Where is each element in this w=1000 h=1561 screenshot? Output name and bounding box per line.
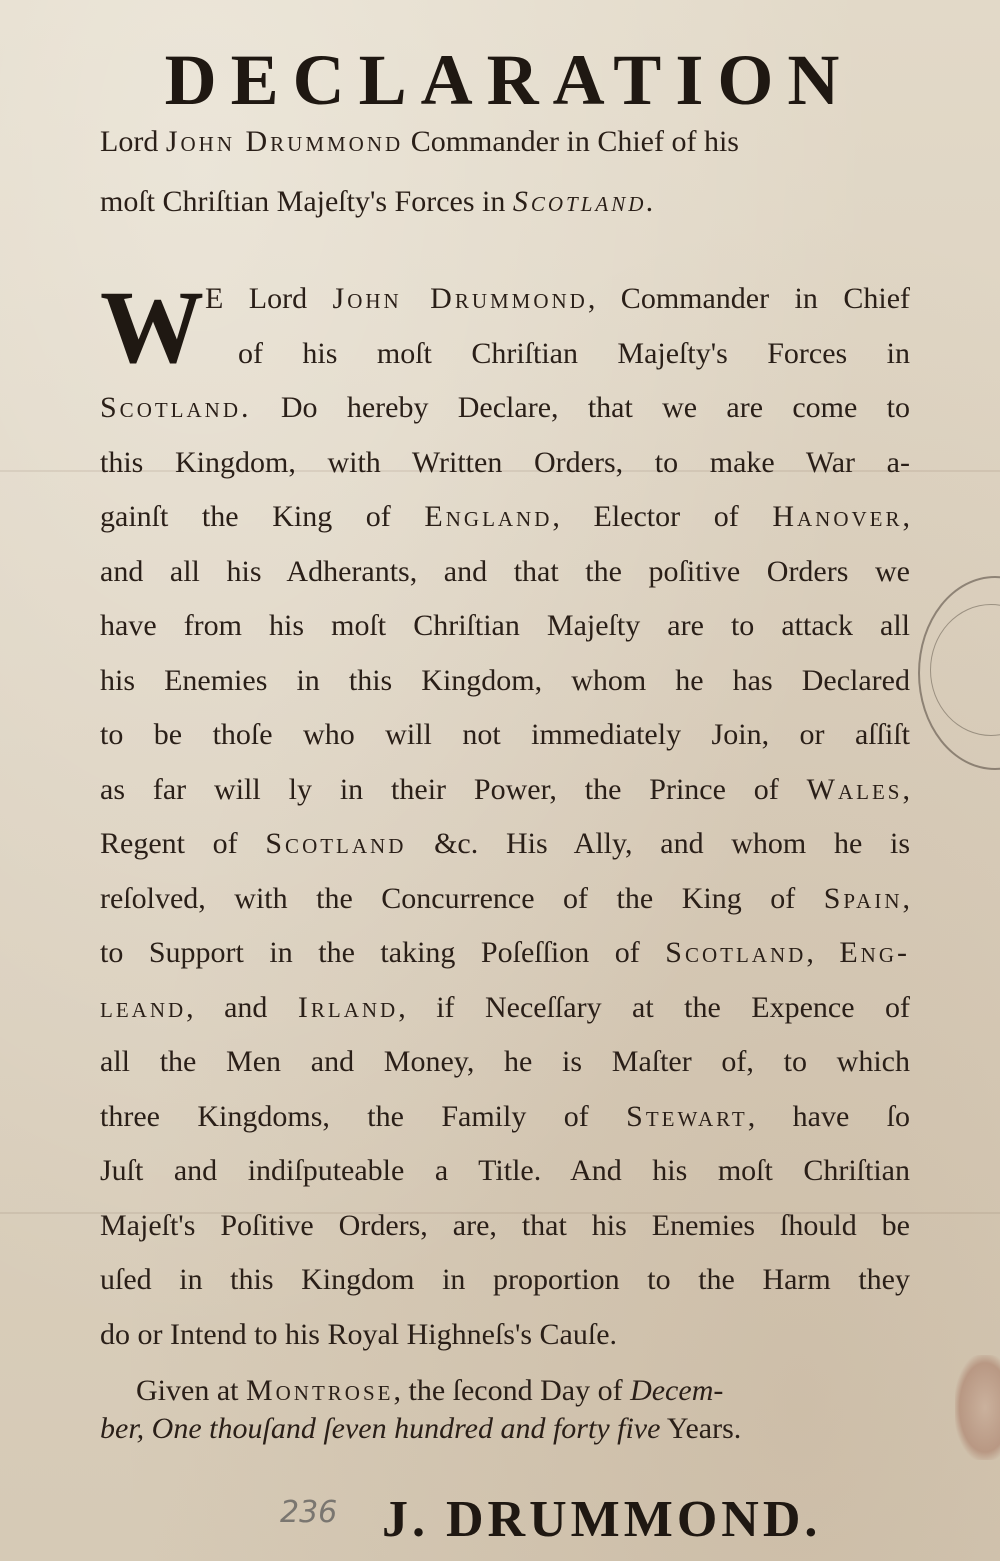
declaration-body: E Lord John Drummond, Commander in Chief… (100, 272, 910, 1362)
body-text: , if Neceſſary at the Expence of (398, 991, 910, 1024)
given-date: ber, One thouſand ſeven hundred and fort… (100, 1412, 660, 1445)
body-line: to be thoſe who will not immediately Joi… (100, 708, 910, 763)
body-text: all the Men and Money, he is Maſter of, … (100, 1045, 910, 1078)
proper-noun: England (424, 500, 552, 533)
proper-noun: Stewart (626, 1100, 748, 1133)
body-line: all the Men and Money, he is Maſter of, … (100, 1035, 910, 1090)
body-text: &c. His Ally, and whom he is (406, 827, 910, 860)
body-text: , (903, 500, 911, 533)
body-line: to Support in the taking Poſeſſion of Sc… (100, 926, 910, 981)
proper-noun: Scotland (665, 936, 806, 969)
body-line: three Kingdoms, the Family of Stewart, h… (100, 1090, 910, 1145)
given-at-block: Given at Montrose, the ſecond Day of Dec… (100, 1372, 900, 1448)
body-text: and all his Adherants, and that the poſi… (100, 555, 910, 588)
body-text: E Lord (205, 282, 333, 315)
body-line: leand, and Irland, if Neceſſary at the E… (100, 981, 910, 1036)
body-text: uſed in this Kingdom in proportion to th… (100, 1263, 910, 1296)
document-title: DECLARATION (104, 40, 914, 120)
body-text: three Kingdoms, the Family of (100, 1100, 626, 1133)
body-text: Regent of (100, 827, 265, 860)
proper-noun: Wales (807, 773, 903, 806)
body-text: , Commander in Chief (588, 282, 910, 315)
proper-noun: Spain (824, 882, 903, 915)
body-text: have from his moſt Chriſtian Majeſty are… (100, 609, 910, 642)
proper-noun: Hanover (772, 500, 902, 533)
body-line: Juſt and indiſputeable a Title. And his … (100, 1144, 910, 1199)
body-line: this Kingdom, with Written Orders, to ma… (100, 436, 910, 491)
body-line: have from his moſt Chriſtian Majeſty are… (100, 599, 910, 654)
body-line: Majeſt's Poſitive Orders, are, that his … (100, 1199, 910, 1254)
body-text: Juſt and indiſputeable a Title. And his … (100, 1154, 910, 1187)
proper-noun: John Drummond (333, 282, 588, 315)
paper-stain (955, 1355, 1000, 1460)
subtitle-name: John Drummond (166, 125, 403, 158)
given-place: Montrose (246, 1374, 394, 1407)
body-text: , and (186, 991, 298, 1024)
body-line: as far will ly in their Power, the Princ… (100, 763, 910, 818)
body-text: as far will ly in their Power, the Princ… (100, 773, 807, 806)
given-text: Years. (660, 1412, 741, 1445)
body-line: and all his Adherants, and that the poſi… (100, 545, 910, 600)
body-line: of his moſt Chriſtian Majeſty's Forces i… (100, 327, 910, 382)
proper-noun: Irland (298, 991, 398, 1024)
body-line: do or Intend to his Royal Highneſs's Cau… (100, 1308, 910, 1363)
body-text: , (806, 936, 839, 969)
subtitle-line-2: moſt Chriſtian Majeſty's Forces in Scotl… (100, 172, 915, 232)
subtitle-text: Commander in Chief of his (403, 125, 739, 158)
proper-noun: Eng- (839, 936, 910, 969)
body-text: Majeſt's Poſitive Orders, are, that his … (100, 1209, 910, 1242)
body-line: uſed in this Kingdom in proportion to th… (100, 1253, 910, 1308)
signature: J. DRUMMOND. (382, 1490, 821, 1549)
body-text: do or Intend to his Royal Highneſs's Cau… (100, 1318, 617, 1351)
given-line-1: Given at Montrose, the ſecond Day of Dec… (100, 1372, 900, 1410)
body-text: reſolved, with the Concurrence of the Ki… (100, 882, 824, 915)
body-line: gainſt the King of England, Elector of H… (100, 490, 910, 545)
body-text: gainſt the King of (100, 500, 424, 533)
given-line-2: ber, One thouſand ſeven hundred and fort… (100, 1410, 900, 1448)
body-text: his Enemies in this Kingdom, whom he has… (100, 664, 910, 697)
body-line: Scotland. Do hereby Declare, that we are… (100, 381, 910, 436)
given-text: Given at (136, 1374, 246, 1407)
given-text: , the ſecond Day of (393, 1374, 630, 1407)
given-month: Decem- (630, 1374, 723, 1407)
body-text: to be thoſe who will not immediately Joi… (100, 718, 910, 751)
body-line: his Enemies in this Kingdom, whom he has… (100, 654, 910, 709)
body-text: to Support in the taking Poſeſſion of (100, 936, 665, 969)
body-text: this Kingdom, with Written Orders, to ma… (100, 446, 910, 479)
body-line: reſolved, with the Concurrence of the Ki… (100, 872, 910, 927)
body-text: , (903, 882, 911, 915)
proper-noun: leand (100, 991, 186, 1024)
body-text: , (903, 773, 911, 806)
body-text: Do hereby Declare, that we are come to (252, 391, 910, 424)
body-text: , Elector of (552, 500, 772, 533)
proper-noun: Scotland (265, 827, 406, 860)
body-text: of his moſt Chriſtian Majeſty's Forces i… (238, 337, 910, 370)
subtitle-line-1: Lord John Drummond Commander in Chief of… (100, 112, 915, 172)
body-line: Regent of Scotland &c. His Ally, and who… (100, 817, 910, 872)
subtitle-text: Lord (100, 125, 166, 158)
subtitle-text: moſt Chriſtian Majeſty's Forces in (100, 185, 513, 218)
body-text: , have ſo (748, 1100, 910, 1133)
subtitle-place: Scotland. (513, 185, 657, 218)
proper-noun: Scotland. (100, 391, 252, 424)
pencil-annotation: 236 (280, 1495, 337, 1530)
body-line: E Lord John Drummond, Commander in Chief (100, 272, 910, 327)
